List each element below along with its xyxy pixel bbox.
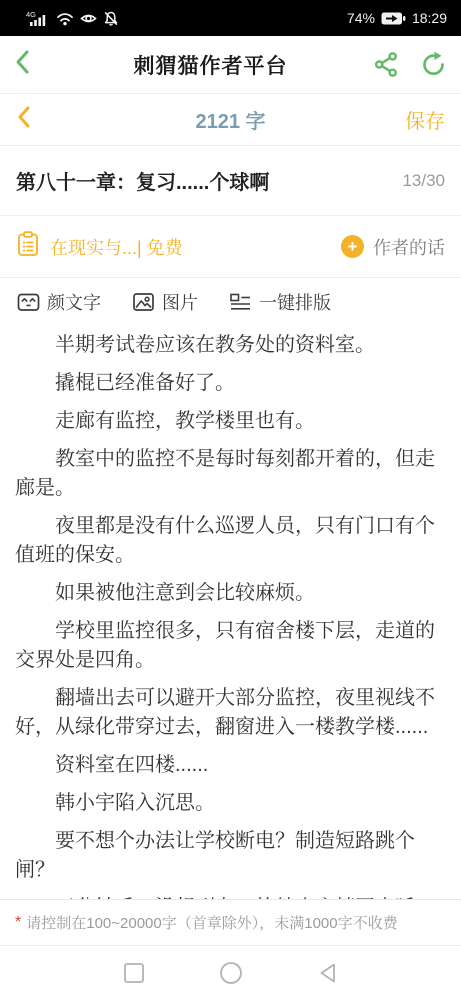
editor-toolbar: 颜文字 图片 一键排版 bbox=[0, 278, 461, 326]
mute-notifications-icon bbox=[103, 11, 119, 26]
battery-charging-icon bbox=[381, 12, 406, 25]
back-chevron-icon bbox=[14, 49, 30, 80]
content-paragraph: 资料室在四楼...... bbox=[15, 751, 446, 780]
plus-icon: + bbox=[341, 235, 364, 258]
app-screen: 4G bbox=[0, 0, 461, 999]
back-button[interactable] bbox=[317, 962, 339, 984]
content-paragraph: 半期考试卷应该在教务处的资料室。 bbox=[15, 331, 446, 360]
content-paragraph: 夜里都是没有什么巡逻人员，只有门口有个值班的保安。 bbox=[15, 512, 446, 570]
app-header: 刺猬猫作者平台 bbox=[0, 36, 461, 94]
content-paragraph: 如果被他注意到会比较麻烦。 bbox=[15, 579, 446, 608]
auto-format-button[interactable]: 一键排版 bbox=[228, 289, 331, 315]
status-left-icons: 4G bbox=[26, 10, 119, 27]
content-paragraph: 要不想个办法让学校断电？制造短路跳个闸？ bbox=[15, 827, 446, 885]
author-note-button[interactable]: + 作者的话 bbox=[341, 234, 445, 260]
status-bar: 4G bbox=[0, 0, 461, 36]
author-note-label: 作者的话 bbox=[373, 234, 445, 260]
kaomoji-label: 颜文字 bbox=[47, 289, 101, 315]
image-icon bbox=[131, 290, 156, 314]
content-paragraph: 撬棍已经准备好了。 bbox=[15, 369, 446, 398]
battery-percent: 74% bbox=[347, 10, 375, 26]
share-button[interactable] bbox=[373, 51, 400, 78]
format-layout-icon bbox=[228, 290, 253, 314]
back-chevron-icon bbox=[16, 105, 31, 134]
status-right-group: 74% 18:29 bbox=[347, 10, 447, 26]
content-paragraph: 学校里监控很多，只有宿舍楼下层，走道的交界处是四角。 bbox=[15, 617, 446, 675]
svg-text:4G: 4G bbox=[26, 10, 36, 19]
auto-format-label: 一键排版 bbox=[259, 289, 331, 315]
chapter-position: 13/30 bbox=[402, 171, 445, 191]
content-paragraph: 教室中的监控不是每时每刻都开着的，但走廊是。 bbox=[15, 445, 446, 503]
insert-image-button[interactable]: 图片 bbox=[131, 289, 198, 315]
android-nav-bar bbox=[0, 945, 461, 999]
header-actions bbox=[373, 51, 447, 78]
word-limit-text: 请控制在100~20000字（首章除外），未满1000字不收费 bbox=[26, 912, 397, 933]
recents-button[interactable] bbox=[123, 962, 145, 984]
home-button[interactable] bbox=[219, 961, 243, 985]
content-paragraph: 韩小宇陷入沉思。 bbox=[15, 789, 446, 818]
eye-comfort-icon bbox=[80, 11, 97, 26]
page-title: 刺猬猫作者平台 bbox=[48, 50, 373, 80]
save-button[interactable]: 保存 bbox=[385, 105, 445, 134]
chapter-title-row[interactable]: 第八十一章：复习......个球啊 13/30 bbox=[0, 146, 461, 216]
header-back-button[interactable] bbox=[14, 49, 48, 80]
clock-time: 18:29 bbox=[412, 10, 447, 26]
editor-bar: 2121 字 保存 bbox=[0, 94, 461, 146]
chapter-content-editor[interactable]: 半期考试卷应该在教务处的资料室。撬棍已经准备好了。走廊有监控，教学楼里也有。教室… bbox=[0, 326, 461, 899]
refresh-button[interactable] bbox=[420, 51, 447, 78]
clipboard-icon bbox=[16, 231, 40, 262]
word-count: 2121 字 bbox=[76, 105, 385, 134]
signal-strength-icon: 4G bbox=[26, 10, 50, 27]
editor-back-button[interactable] bbox=[16, 105, 76, 134]
insert-image-label: 图片 bbox=[162, 289, 198, 315]
word-limit-note: * 请控制在100~20000字（首章除外），未满1000字不收费 bbox=[0, 899, 461, 945]
volume-pricing-selector[interactable]: 在现实与...| 免费 bbox=[16, 231, 183, 262]
kaomoji-button[interactable]: 颜文字 bbox=[16, 289, 101, 315]
wifi-icon bbox=[56, 11, 74, 26]
required-asterisk: * bbox=[15, 914, 21, 932]
content-paragraph: 翻墙出去可以避开大部分监控，夜里视线不好，从绿化带穿过去，翻窗进入一楼教学楼..… bbox=[15, 684, 446, 742]
volume-pricing-label: 在现实与...| 免费 bbox=[50, 234, 183, 260]
kaomoji-face-icon bbox=[16, 290, 41, 314]
chapter-title[interactable]: 第八十一章：复习......个球啊 bbox=[16, 166, 269, 195]
chapter-meta-row: 在现实与...| 免费 + 作者的话 bbox=[0, 216, 461, 278]
content-paragraph: 走廊有监控，教学楼里也有。 bbox=[15, 407, 446, 436]
